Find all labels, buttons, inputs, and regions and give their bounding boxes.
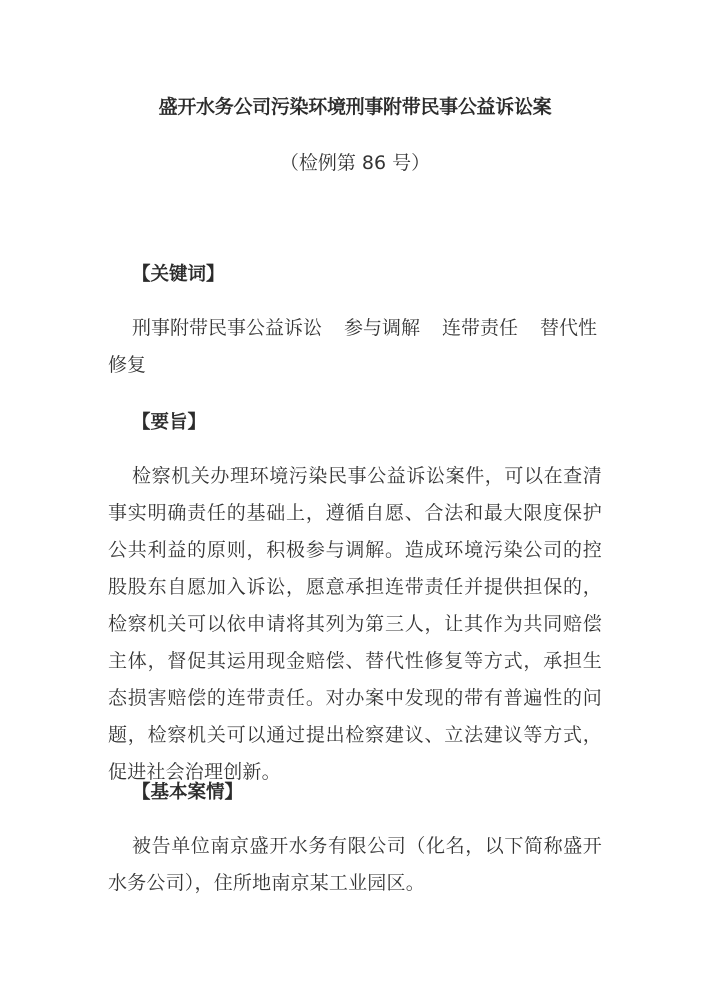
keywords-list: 刑事附带民事公益诉讼参与调解连带责任替代性修复	[108, 310, 602, 384]
gist-paragraph: 检察机关办理环境污染民事公益诉讼案件，可以在查清事实明确责任的基础上，遵循自愿、…	[108, 458, 602, 791]
keyword-item: 参与调解	[344, 317, 420, 339]
keyword-item: 刑事附带民事公益诉讼	[132, 317, 322, 339]
document-title: 盛开水务公司污染环境刑事附带民事公益诉讼案	[108, 92, 602, 119]
keyword-item: 连带责任	[442, 317, 518, 339]
basic-facts-heading: 【基本案情】	[132, 778, 243, 804]
gist-heading: 【要旨】	[132, 408, 206, 434]
case-number: （检例第 86 号）	[108, 148, 602, 175]
basic-facts-paragraph: 被告单位南京盛开水务有限公司（化名，以下简称盛开水务公司），住所地南京某工业园区…	[108, 828, 602, 902]
keywords-heading: 【关键词】	[132, 260, 225, 286]
